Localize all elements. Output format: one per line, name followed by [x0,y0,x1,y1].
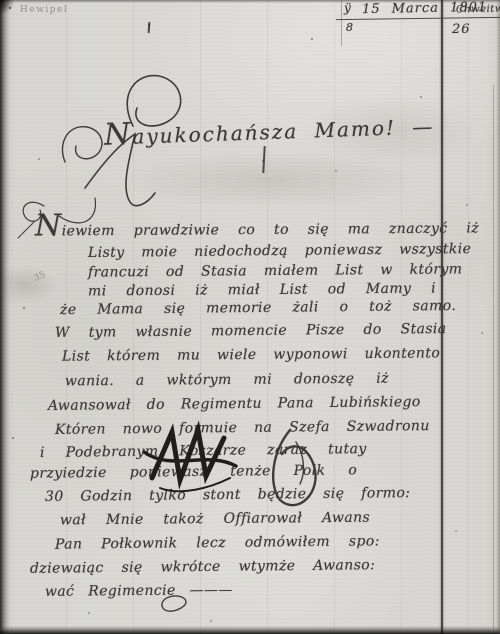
letter-line: wał Mnie takoż Offiarował Awans [60,510,370,529]
dust-specks [0,0,2,2]
letter-line: wania. a wktórym mi donoszę iż [65,371,389,390]
scan-edge-bottom [0,626,500,634]
letter-line: wać Regimencie ——— [45,582,233,600]
letter-line: List którem mu wiele wyponowi ukontento [62,345,440,364]
letter-line: przyiedzie poniewasz tenże Polk o [30,462,357,481]
date-place: Chweitw. [456,4,500,16]
date-day-mark: ÿ [344,1,351,15]
faint-right-fold-line [493,85,494,630]
scan-corner-shadow [0,0,14,16]
vertical-fold-line [441,0,443,634]
letter-line: Pan Połkownik lecz odmówiłem spo: [55,533,380,552]
scan-edge-left [0,0,10,634]
letter-line: Niewiem prawdziwie co to się ma znaczyć … [35,216,479,239]
date-correction-mark: 8 [346,21,353,34]
scanned-letter-page: { "pencil_annotation": "Hewipel", "margi… [0,0,500,634]
letter-line: francuzi od Stasia miałem List w którym [88,261,463,280]
letter-line: mi donosi iż miał List od Mamy i [88,280,436,299]
scan-edge-top [0,0,500,3]
scan-edge-right [496,0,500,634]
page-number: 26 [452,22,471,37]
pencil-annotation: Hewipel [20,5,68,15]
faint-top-fold-line [341,0,342,46]
